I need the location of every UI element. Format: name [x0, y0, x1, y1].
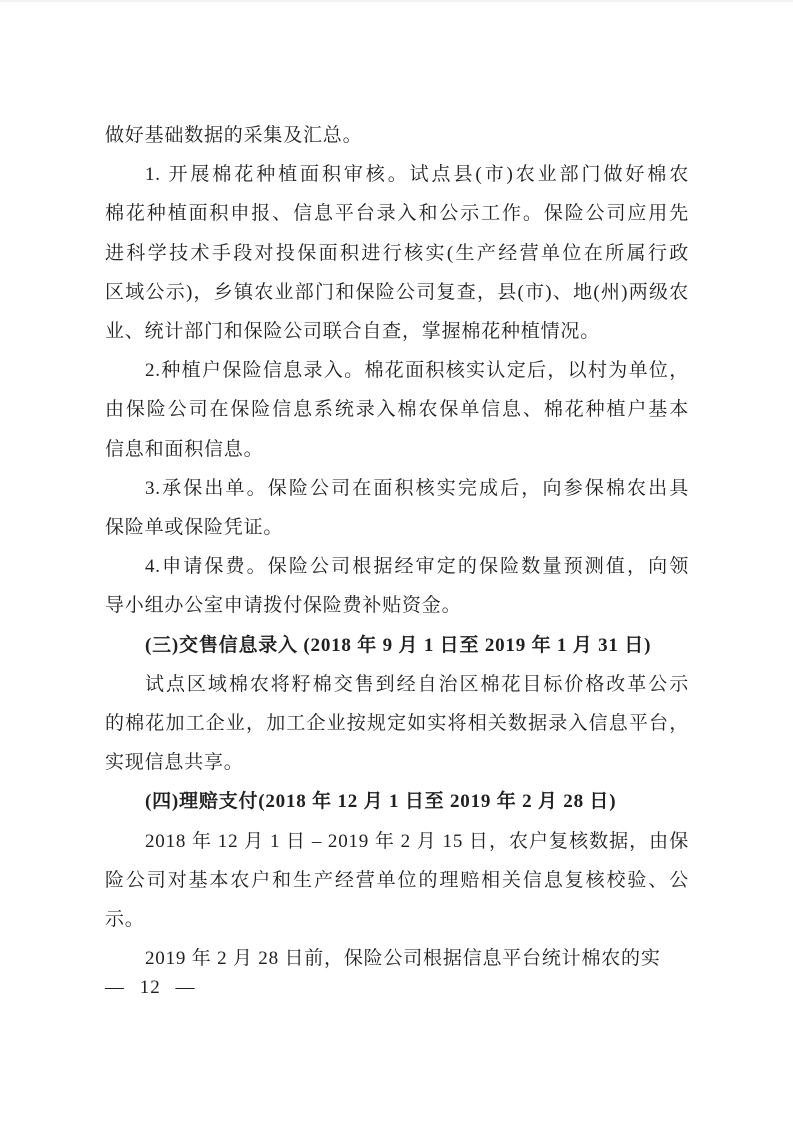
list-item-4: 4.申请保费。保险公司根据经审定的保险数量预测值，向领导小组办公室申请拨付保险费… — [105, 547, 689, 625]
text-line: 的棉花加工企业，加工企业按规定如实将相关数据录入信息平台， — [105, 704, 689, 743]
page-number-footer: — 12 — — [105, 976, 196, 1000]
text-line: 区域公示)，乡镇农业部门和保险公司复查，县(市)、地(州)两级农 — [105, 273, 689, 312]
text-line: 棉花种植面积申报、信息平台录入和公示工作。保险公司应用先 — [105, 194, 689, 233]
text-line: 业、统计部门和保险公司联合自查，掌握棉花种植情况。 — [105, 312, 689, 351]
list-item-1: 1. 开展棉花种植面积审核。试点县(市)农业部门做好棉农棉花种植面积申报、信息平… — [105, 155, 689, 351]
text-line: 保险单或保险凭证。 — [105, 508, 689, 547]
list-item-2: 2.种植户保险信息录入。棉花面积核实认定后，以村为单位，由保险公司在保险信息系统… — [105, 351, 689, 469]
text-line: 示。 — [105, 900, 689, 939]
text-line: 2.种植户保险信息录入。棉花面积核实认定后，以村为单位， — [105, 351, 689, 390]
text-line: 做好基础数据的采集及汇总。 — [105, 116, 689, 155]
text-line: 2018 年 12 月 1 日 – 2019 年 2 月 15 日，农户复核数据… — [105, 822, 689, 861]
text-line: 试点区域棉农将籽棉交售到经自治区棉花目标价格改革公示 — [105, 665, 689, 704]
text-line: 2019 年 2 月 28 日前，保险公司根据信息平台统计棉农的实 — [105, 939, 689, 978]
text-line: 险公司对基本农户和生产经营单位的理赔相关信息复核校验、公 — [105, 861, 689, 900]
text-line: (三)交售信息录入 (2018 年 9 月 1 日至 2019 年 1 月 31… — [105, 626, 689, 665]
section-4-body-1: 2018 年 12 月 1 日 – 2019 年 2 月 15 日，农户复核数据… — [105, 822, 689, 940]
document-body: 做好基础数据的采集及汇总。1. 开展棉花种植面积审核。试点县(市)农业部门做好棉… — [105, 116, 689, 978]
text-line: 4.申请保费。保险公司根据经审定的保险数量预测值，向领 — [105, 547, 689, 586]
text-line: 信息和面积信息。 — [105, 430, 689, 469]
list-item-3: 3.承保出单。保险公司在面积核实完成后，向参保棉农出具保险单或保险凭证。 — [105, 469, 689, 547]
paragraph-continuation: 做好基础数据的采集及汇总。 — [105, 116, 689, 155]
text-line: (四)理赔支付(2018 年 12 月 1 日至 2019 年 2 月 28 日… — [105, 782, 689, 821]
document-page: 做好基础数据的采集及汇总。1. 开展棉花种植面积审核。试点县(市)农业部门做好棉… — [0, 0, 793, 1122]
text-line: 1. 开展棉花种植面积审核。试点县(市)农业部门做好棉农 — [105, 155, 689, 194]
section-heading-3: (三)交售信息录入 (2018 年 9 月 1 日至 2019 年 1 月 31… — [105, 626, 689, 665]
text-line: 导小组办公室申请拨付保险费补贴资金。 — [105, 586, 689, 625]
section-4-body-2: 2019 年 2 月 28 日前，保险公司根据信息平台统计棉农的实 — [105, 939, 689, 978]
text-line: 3.承保出单。保险公司在面积核实完成后，向参保棉农出具 — [105, 469, 689, 508]
text-line: 实现信息共享。 — [105, 743, 689, 782]
text-line: 进科学技术手段对投保面积进行核实(生产经营单位在所属行政 — [105, 234, 689, 273]
text-line: 由保险公司在保险信息系统录入棉农保单信息、棉花种植户基本 — [105, 390, 689, 429]
section-3-body: 试点区域棉农将籽棉交售到经自治区棉花目标价格改革公示的棉花加工企业，加工企业按规… — [105, 665, 689, 783]
section-heading-4: (四)理赔支付(2018 年 12 月 1 日至 2019 年 2 月 28 日… — [105, 782, 689, 821]
